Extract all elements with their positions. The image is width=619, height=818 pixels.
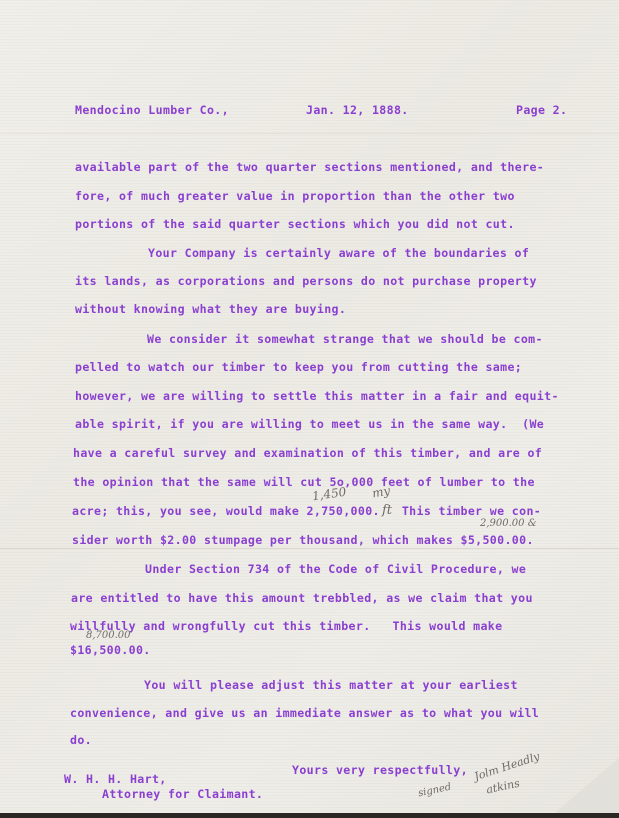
fold-crease: [0, 548, 619, 549]
signer-name: W. H. H. Hart,: [64, 772, 167, 786]
letter-page: [0, 0, 619, 818]
body-line: You will please adjust this matter at yo…: [144, 678, 518, 692]
body-line: are entitled to have this amount trebble…: [71, 591, 533, 605]
body-line: portions of the said quarter sections wh…: [75, 217, 515, 231]
body-line: without knowing what they are buying.: [75, 302, 346, 316]
body-line: convenience, and give us an immediate an…: [70, 706, 539, 720]
body-line: do.: [70, 733, 92, 747]
header-date: Jan. 12, 1888.: [306, 103, 409, 117]
body-line: Under Section 734 of the Code of Civil P…: [145, 562, 526, 576]
body-line: however, we are willing to settle this m…: [75, 389, 559, 403]
body-line: the opinion that the same will cut 5o,00…: [73, 475, 535, 489]
header-addressee: Mendocino Lumber Co.,: [75, 103, 229, 117]
pencil-note-8700: 8,700.00: [86, 630, 131, 641]
body-line: $16,500.00.: [70, 643, 151, 657]
closing-salutation: Yours very respectfully,: [292, 763, 468, 777]
body-line: We consider it somewhat strange that we …: [147, 332, 543, 346]
body-line: sider worth $2.00 stumpage per thousand,…: [72, 533, 534, 547]
scan-edge: [0, 813, 619, 818]
folded-corner: [549, 758, 619, 818]
body-line: available part of the two quarter sectio…: [75, 160, 544, 174]
body-line: fore, of much greater value in proportio…: [75, 189, 515, 203]
header-page-number: Page 2.: [516, 103, 567, 117]
body-line: its lands, as corporations and persons d…: [75, 274, 537, 288]
body-line: pelled to watch our timber to keep you f…: [75, 360, 522, 374]
pencil-note-ft: ft: [382, 503, 392, 518]
body-line: acre; this, you see, would make 2,750,00…: [72, 504, 541, 518]
pencil-note-2900: 2,900.00 &: [480, 518, 537, 529]
signer-title: Attorney for Claimant.: [102, 787, 263, 801]
fold-crease-top: [0, 133, 619, 134]
body-line: willfully and wrongfully cut this timber…: [70, 619, 502, 633]
body-line: able spirit, if you are willing to meet …: [75, 417, 544, 431]
body-line: have a careful survey and examination of…: [73, 446, 542, 460]
body-line: Your Company is certainly aware of the b…: [148, 246, 529, 260]
